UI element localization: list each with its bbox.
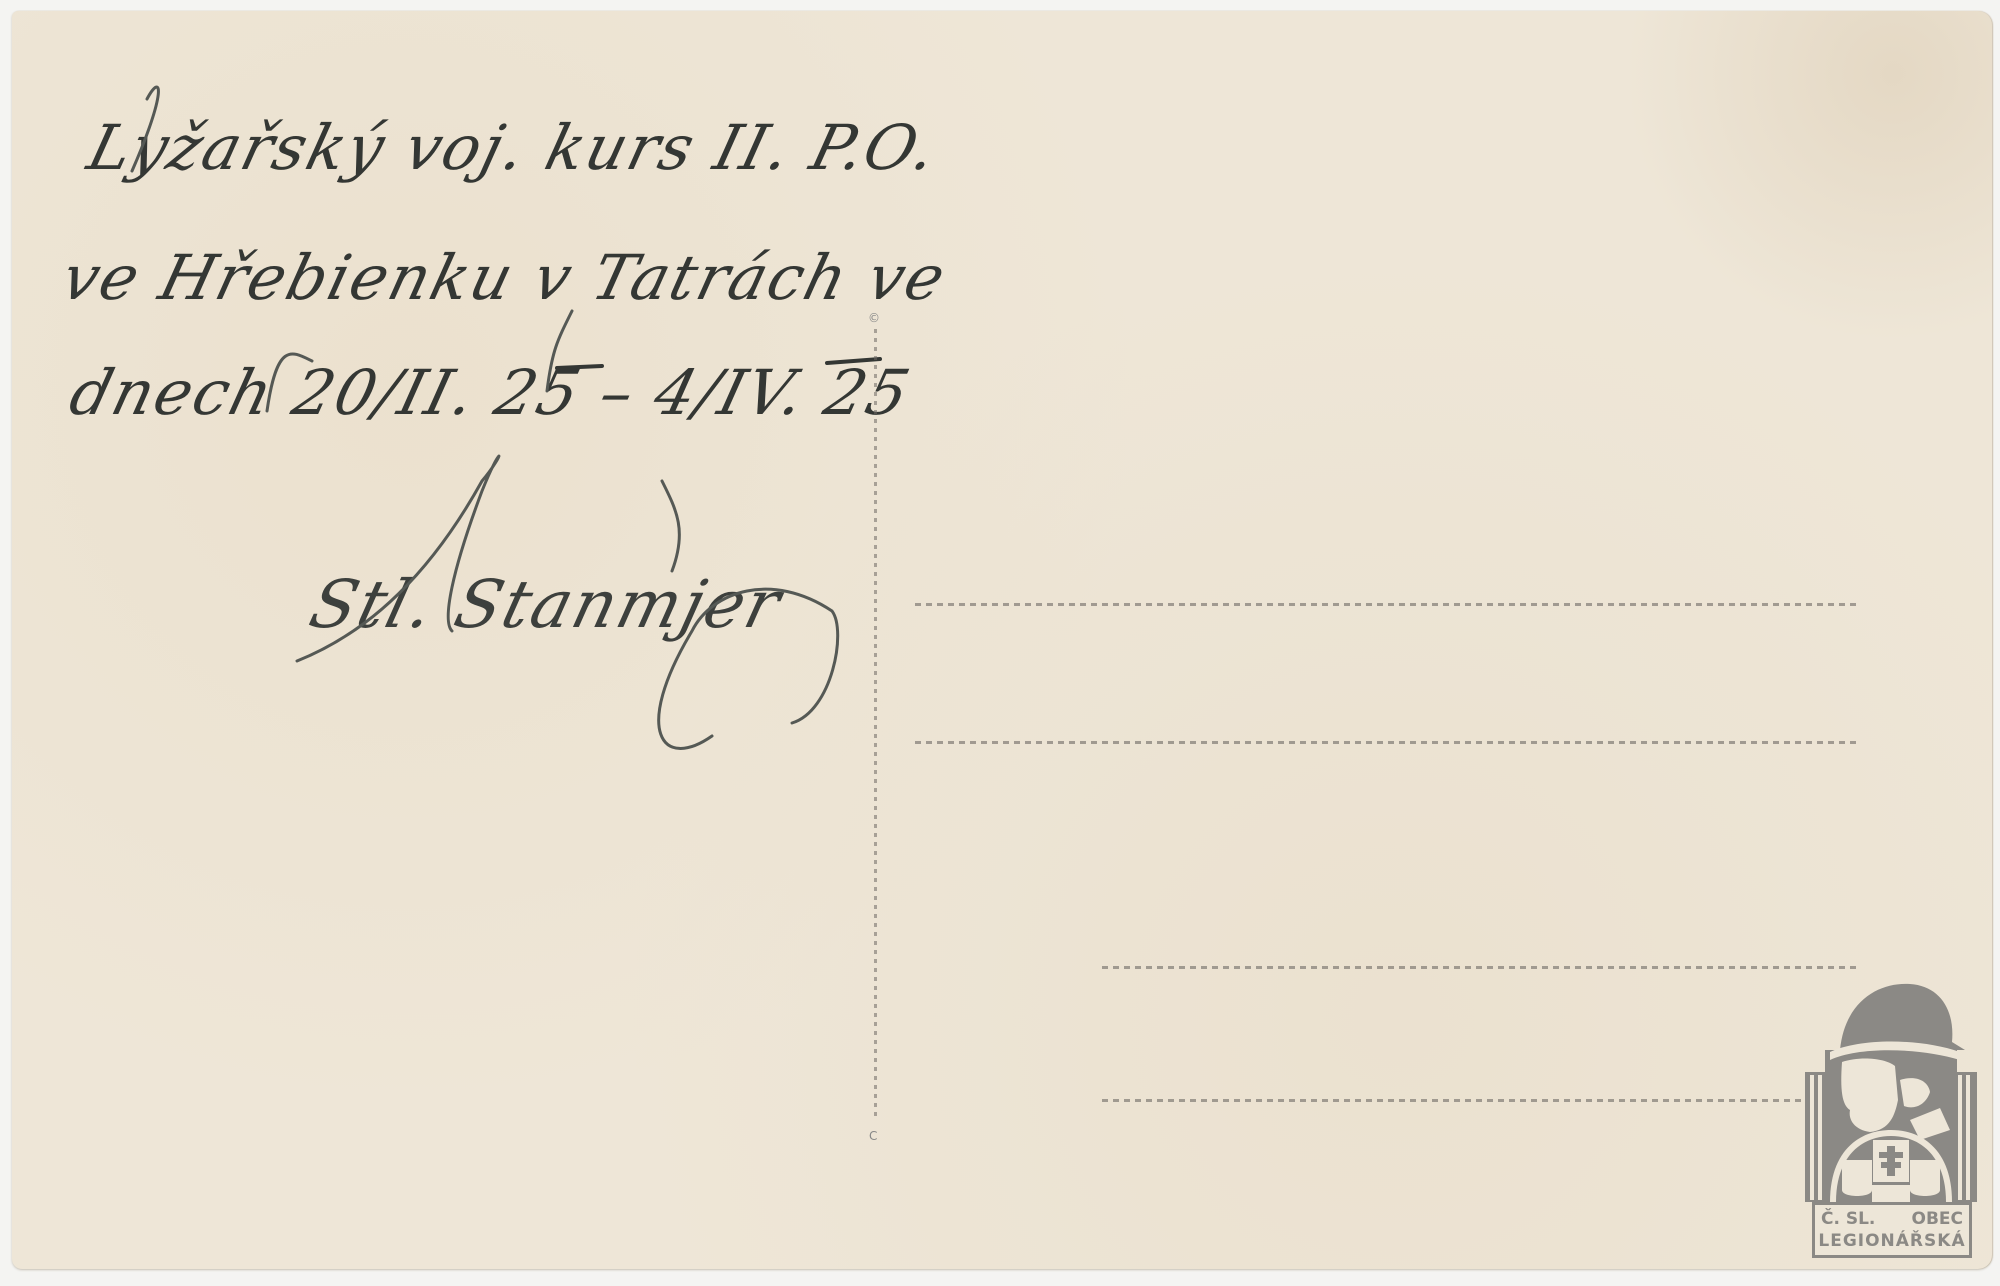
logo-text-csl: Č. SL. bbox=[1821, 1208, 1875, 1230]
logo-caption: Č. SL. OBEC LEGIONÁŘSKÁ bbox=[1812, 1202, 1972, 1258]
address-line-4 bbox=[1102, 1099, 1860, 1102]
message-address-divider bbox=[874, 329, 877, 1119]
logo-text-legionarska: LEGIONÁŘSKÁ bbox=[1815, 1230, 1969, 1252]
handwritten-line-2: ve Hřebienku v Tatrách ve bbox=[55, 241, 954, 314]
logo-text-obec: OBEC bbox=[1912, 1208, 1964, 1230]
legion-logo: Č. SL. OBEC LEGIONÁŘSKÁ bbox=[1800, 980, 1982, 1266]
address-line-1 bbox=[915, 603, 1860, 606]
address-line-3 bbox=[1102, 966, 1860, 969]
postcard-back: Lyžařský voj. kurs II. P.O. ve Hřebienku… bbox=[12, 11, 1992, 1269]
divider-top-mark: © bbox=[868, 311, 880, 325]
handwritten-signature: Stl. Stanmjer bbox=[302, 566, 789, 643]
handwritten-line-3: dnech 20/II. 25 – 4/IV. 25 bbox=[63, 356, 918, 429]
divider-bottom-mark: C bbox=[869, 1129, 877, 1143]
address-line-2 bbox=[915, 741, 1860, 744]
legionnaire-helmet-emblem-icon bbox=[1800, 980, 1982, 1210]
handwritten-line-1: Lyžařský voj. kurs II. P.O. bbox=[81, 111, 946, 184]
